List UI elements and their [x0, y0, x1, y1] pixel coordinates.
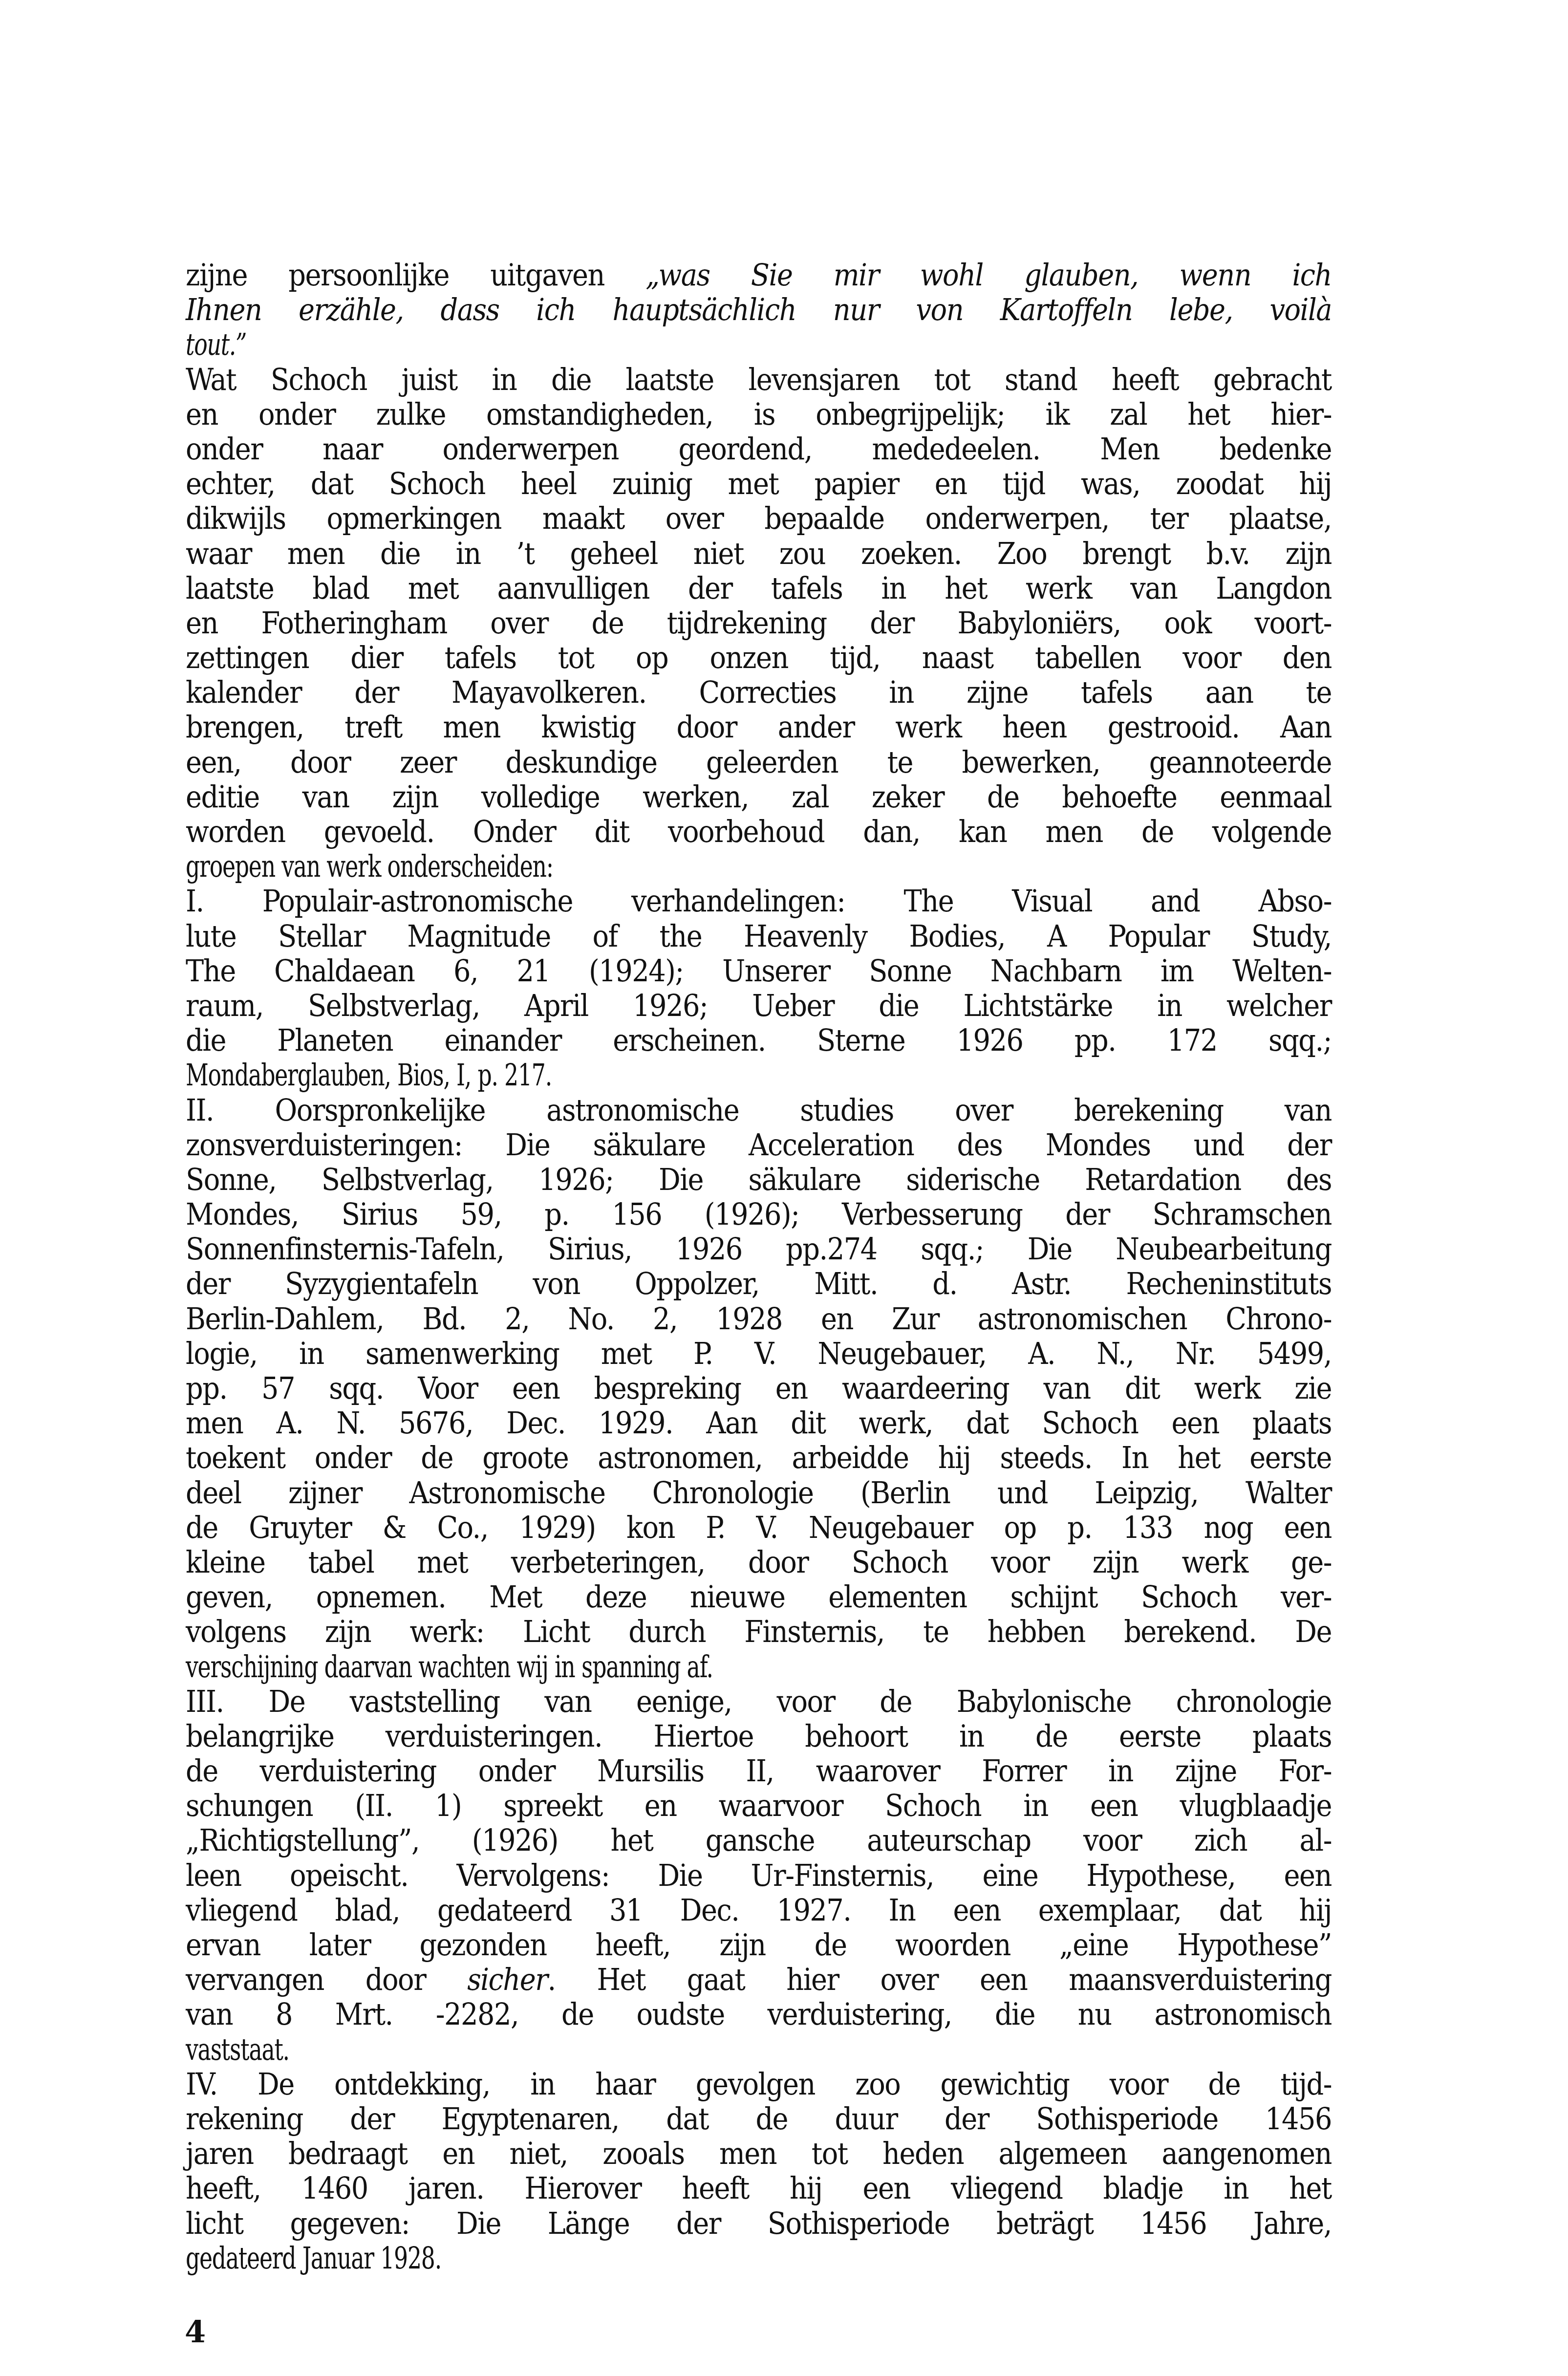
- text-line: zettingen dier tafels tot op onzen tijd,…: [186, 640, 1332, 675]
- page-number: 4: [185, 2314, 206, 2350]
- text-line: Berlin-Dahlem, Bd. 2, No. 2, 1928 en Zur…: [186, 1301, 1332, 1336]
- text-segment: jaren bedraagt en niet, zooals men tot h…: [186, 2136, 1332, 2171]
- text-line: belangrijke verduisteringen. Hiertoe beh…: [186, 1719, 1332, 1753]
- text-line: kalender der Mayavolkeren. Correcties in…: [186, 675, 1332, 710]
- text-segment: lute Stellar Magnitude of the Heavenly B…: [186, 918, 1332, 954]
- text-segment: laatste blad met aanvulligen der tafels …: [186, 570, 1332, 606]
- text-line: men A. N. 5676, Dec. 1929. Aan dit werk,…: [186, 1405, 1332, 1440]
- text-line: laatste blad met aanvulligen der tafels …: [186, 571, 1332, 605]
- text-line: leen opeischt. Vervolgens: Die Ur-Finste…: [186, 1858, 1332, 1893]
- text-segment: deel zijner Astronomische Chronologie (B…: [186, 1475, 1332, 1511]
- text-segment: zettingen dier tafels tot op onzen tijd,…: [186, 640, 1332, 675]
- text-line: en Fotheringham over de tijdrekening der…: [186, 605, 1332, 640]
- text-segment: Sonnenfinsternis-Tafeln, Sirius, 1926 pp…: [186, 1231, 1332, 1267]
- text-line: The Chaldaean 6, 21 (1924); Unserer Sonn…: [186, 953, 1332, 988]
- text-segment: pp. 57 sqq. Voor een bespreking en waard…: [186, 1370, 1332, 1406]
- text-segment: III. De vaststelling van eenige, voor de…: [186, 1684, 1332, 1719]
- text-segment: toekent onder de groote astronomen, arbe…: [186, 1440, 1332, 1475]
- text-line: geven, opnemen. Met deze nieuwe elemente…: [186, 1579, 1332, 1614]
- text-segment: vervangen door: [186, 1962, 467, 1997]
- text-line: zijne persoonlijke uitgaven „was Sie mir…: [186, 258, 1332, 292]
- text-segment: geven, opnemen. Met deze nieuwe elemente…: [186, 1579, 1332, 1615]
- text-line: I. Populair-astronomische verhandelingen…: [186, 884, 1332, 918]
- text-segment: zijne persoonlijke uitgaven: [186, 257, 645, 293]
- text-segment: die Planeten einander erscheinen. Sterne…: [186, 1022, 1332, 1058]
- text-segment: zonsverduisteringen: Die säkulare Accele…: [186, 1127, 1332, 1163]
- italic-text: tout.”: [186, 326, 246, 362]
- text-segment: heeft, 1460 jaren. Hierover heeft hij ee…: [186, 2170, 1332, 2206]
- text-segment: Mondaberglauben, Bios, I, p. 217.: [186, 1057, 552, 1093]
- text-segment: onder naar onderwerpen geordend, mededee…: [186, 431, 1332, 467]
- text-segment: en Fotheringham over de tijdrekening der…: [186, 605, 1332, 641]
- text-segment: The Chaldaean 6, 21 (1924); Unserer Sonn…: [186, 953, 1332, 989]
- text-segment: Mondes, Sirius 59, p. 156 (1926); Verbes…: [186, 1196, 1332, 1232]
- text-segment: worden gevoeld. Onder dit voorbehoud dan…: [186, 814, 1332, 849]
- text-line: IV. De ontdekking, in haar gevolgen zoo …: [186, 2067, 1332, 2101]
- text-line: ervan later gezonden heeft, zijn de woor…: [186, 1927, 1332, 1962]
- text-line: raum, Selbstverlag, April 1926; Ueber di…: [186, 988, 1332, 1023]
- text-line: kleine tabel met verbeteringen, door Sch…: [186, 1545, 1332, 1579]
- text-line: licht gegeven: Die Länge der Sothisperio…: [186, 2206, 1332, 2241]
- text-line: tout.”: [186, 327, 1360, 362]
- text-segment: raum, Selbstverlag, April 1926; Ueber di…: [186, 988, 1332, 1023]
- text-line: toekent onder de groote astronomen, arbe…: [186, 1440, 1332, 1475]
- italic-text: sicher: [467, 1962, 547, 1997]
- text-segment: kalender der Mayavolkeren. Correcties in…: [186, 674, 1332, 710]
- text-segment: dikwijls opmerkingen maakt over bepaalde…: [186, 500, 1332, 536]
- text-line: lute Stellar Magnitude of the Heavenly B…: [186, 919, 1332, 953]
- text-line: van 8 Mrt. -2282, de oudste verduisterin…: [186, 1997, 1332, 2031]
- italic-text: „was Sie mir wohl glauben, wenn ich: [645, 257, 1332, 293]
- text-segment: brengen, treft men kwistig door ander we…: [186, 709, 1332, 745]
- text-line: de verduistering onder Mursilis II, waar…: [186, 1753, 1332, 1788]
- text-line: Mondaberglauben, Bios, I, p. 217.: [186, 1058, 1360, 1092]
- text-segment: Berlin-Dahlem, Bd. 2, No. 2, 1928 en Zur…: [186, 1301, 1332, 1337]
- text-line: II. Oorspronkelijke astronomische studie…: [186, 1093, 1332, 1127]
- document-body: zijne persoonlijke uitgaven „was Sie mir…: [186, 258, 1332, 2275]
- text-line: vliegend blad, gedateerd 31 Dec. 1927. I…: [186, 1893, 1332, 1927]
- text-segment: van 8 Mrt. -2282, de oudste verduisterin…: [186, 1996, 1332, 2032]
- text-line: schungen (II. 1) spreekt en waarvoor Sch…: [186, 1788, 1332, 1823]
- text-segment: de Gruyter & Co., 1929) kon P. V. Neugeb…: [186, 1510, 1332, 1545]
- text-line: echter, dat Schoch heel zuinig met papie…: [186, 466, 1332, 501]
- text-line: jaren bedraagt en niet, zooals men tot h…: [186, 2136, 1332, 2171]
- text-line: editie van zijn volledige werken, zal ze…: [186, 779, 1332, 814]
- text-line: heeft, 1460 jaren. Hierover heeft hij ee…: [186, 2171, 1332, 2205]
- text-segment: leen opeischt. Vervolgens: Die Ur-Finste…: [186, 1858, 1332, 1893]
- text-line: vervangen door sicher. Het gaat hier ove…: [186, 1962, 1332, 1997]
- text-segment: vaststaat.: [186, 2031, 289, 2067]
- text-line: waar men die in ’t geheel niet zou zoeke…: [186, 536, 1332, 571]
- text-line: pp. 57 sqq. Voor een bespreking en waard…: [186, 1371, 1332, 1405]
- text-segment: echter, dat Schoch heel zuinig met papie…: [186, 466, 1332, 501]
- text-line: Sonne, Selbstverlag, 1926; Die säkulare …: [186, 1162, 1332, 1197]
- text-segment: waar men die in ’t geheel niet zou zoeke…: [186, 536, 1332, 571]
- text-segment: belangrijke verduisteringen. Hiertoe beh…: [186, 1718, 1332, 1754]
- text-segment: IV. De ontdekking, in haar gevolgen zoo …: [186, 2066, 1332, 2102]
- text-segment: editie van zijn volledige werken, zal ze…: [186, 779, 1332, 815]
- text-segment: der Syzygientafeln von Oppolzer, Mitt. d…: [186, 1266, 1332, 1301]
- text-line: dikwijls opmerkingen maakt over bepaalde…: [186, 501, 1332, 536]
- text-line: zonsverduisteringen: Die säkulare Accele…: [186, 1127, 1332, 1162]
- text-line: Ihnen erzähle, dass ich hauptsächlich nu…: [186, 292, 1332, 327]
- text-line: en onder zulke omstandigheden, is onbegr…: [186, 397, 1332, 432]
- text-segment: vliegend blad, gedateerd 31 Dec. 1927. I…: [186, 1892, 1332, 1928]
- text-line: brengen, treft men kwistig door ander we…: [186, 710, 1332, 744]
- text-line: onder naar onderwerpen geordend, mededee…: [186, 432, 1332, 466]
- text-segment: Wat Schoch juist in die laatste levensja…: [186, 362, 1332, 397]
- text-segment: de verduistering onder Mursilis II, waar…: [186, 1753, 1332, 1789]
- text-line: groepen van werk onderscheiden:: [186, 849, 1360, 884]
- text-segment: groepen van werk onderscheiden:: [186, 848, 553, 884]
- text-segment: II. Oorspronkelijke astronomische studie…: [186, 1092, 1332, 1128]
- italic-text: Ihnen erzähle, dass ich hauptsächlich nu…: [186, 292, 1332, 327]
- text-segment: verschijning daarvan wachten wij in span…: [186, 1649, 713, 1685]
- text-line: gedateerd Januar 1928.: [186, 2241, 1360, 2275]
- text-line: die Planeten einander erscheinen. Sterne…: [186, 1023, 1332, 1058]
- text-segment: licht gegeven: Die Länge der Sothisperio…: [186, 2205, 1332, 2241]
- text-line: volgens zijn werk: Licht durch Finsterni…: [186, 1614, 1332, 1649]
- text-line: „Richtigstellung”, (1926) het gansche au…: [186, 1823, 1332, 1858]
- text-segment: . Het gaat hier over een maansverduister…: [547, 1962, 1332, 1997]
- text-line: vaststaat.: [186, 2032, 1360, 2067]
- text-segment: kleine tabel met verbeteringen, door Sch…: [186, 1544, 1332, 1580]
- text-line: Wat Schoch juist in die laatste levensja…: [186, 362, 1332, 397]
- text-segment: en onder zulke omstandigheden, is onbegr…: [186, 396, 1332, 432]
- text-segment: logie, in samenwerking met P. V. Neugeba…: [186, 1336, 1332, 1371]
- text-segment: schungen (II. 1) spreekt en waarvoor Sch…: [186, 1788, 1332, 1823]
- text-segment: I. Populair-astronomische verhandelingen…: [186, 883, 1332, 919]
- text-segment: gedateerd Januar 1928.: [186, 2240, 441, 2276]
- text-line: logie, in samenwerking met P. V. Neugeba…: [186, 1336, 1332, 1371]
- text-line: Mondes, Sirius 59, p. 156 (1926); Verbes…: [186, 1197, 1332, 1231]
- text-segment: ervan later gezonden heeft, zijn de woor…: [186, 1927, 1332, 1963]
- text-segment: volgens zijn werk: Licht durch Finsterni…: [186, 1614, 1332, 1649]
- text-segment: Sonne, Selbstverlag, 1926; Die säkulare …: [186, 1162, 1332, 1197]
- text-segment: rekening der Egyptenaren, dat de duur de…: [186, 2101, 1332, 2137]
- text-line: III. De vaststelling van eenige, voor de…: [186, 1684, 1332, 1719]
- text-line: verschijning daarvan wachten wij in span…: [186, 1649, 1360, 1684]
- text-segment: een, door zeer deskundige geleerden te b…: [186, 744, 1332, 780]
- text-line: deel zijner Astronomische Chronologie (B…: [186, 1475, 1332, 1510]
- text-line: worden gevoeld. Onder dit voorbehoud dan…: [186, 814, 1332, 849]
- text-line: der Syzygientafeln von Oppolzer, Mitt. d…: [186, 1266, 1332, 1301]
- text-line: een, door zeer deskundige geleerden te b…: [186, 745, 1332, 779]
- text-line: rekening der Egyptenaren, dat de duur de…: [186, 2101, 1332, 2136]
- text-segment: men A. N. 5676, Dec. 1929. Aan dit werk,…: [186, 1405, 1332, 1441]
- text-segment: „Richtigstellung”, (1926) het gansche au…: [186, 1822, 1332, 1858]
- text-line: Sonnenfinsternis-Tafeln, Sirius, 1926 pp…: [186, 1231, 1332, 1266]
- text-line: de Gruyter & Co., 1929) kon P. V. Neugeb…: [186, 1510, 1332, 1545]
